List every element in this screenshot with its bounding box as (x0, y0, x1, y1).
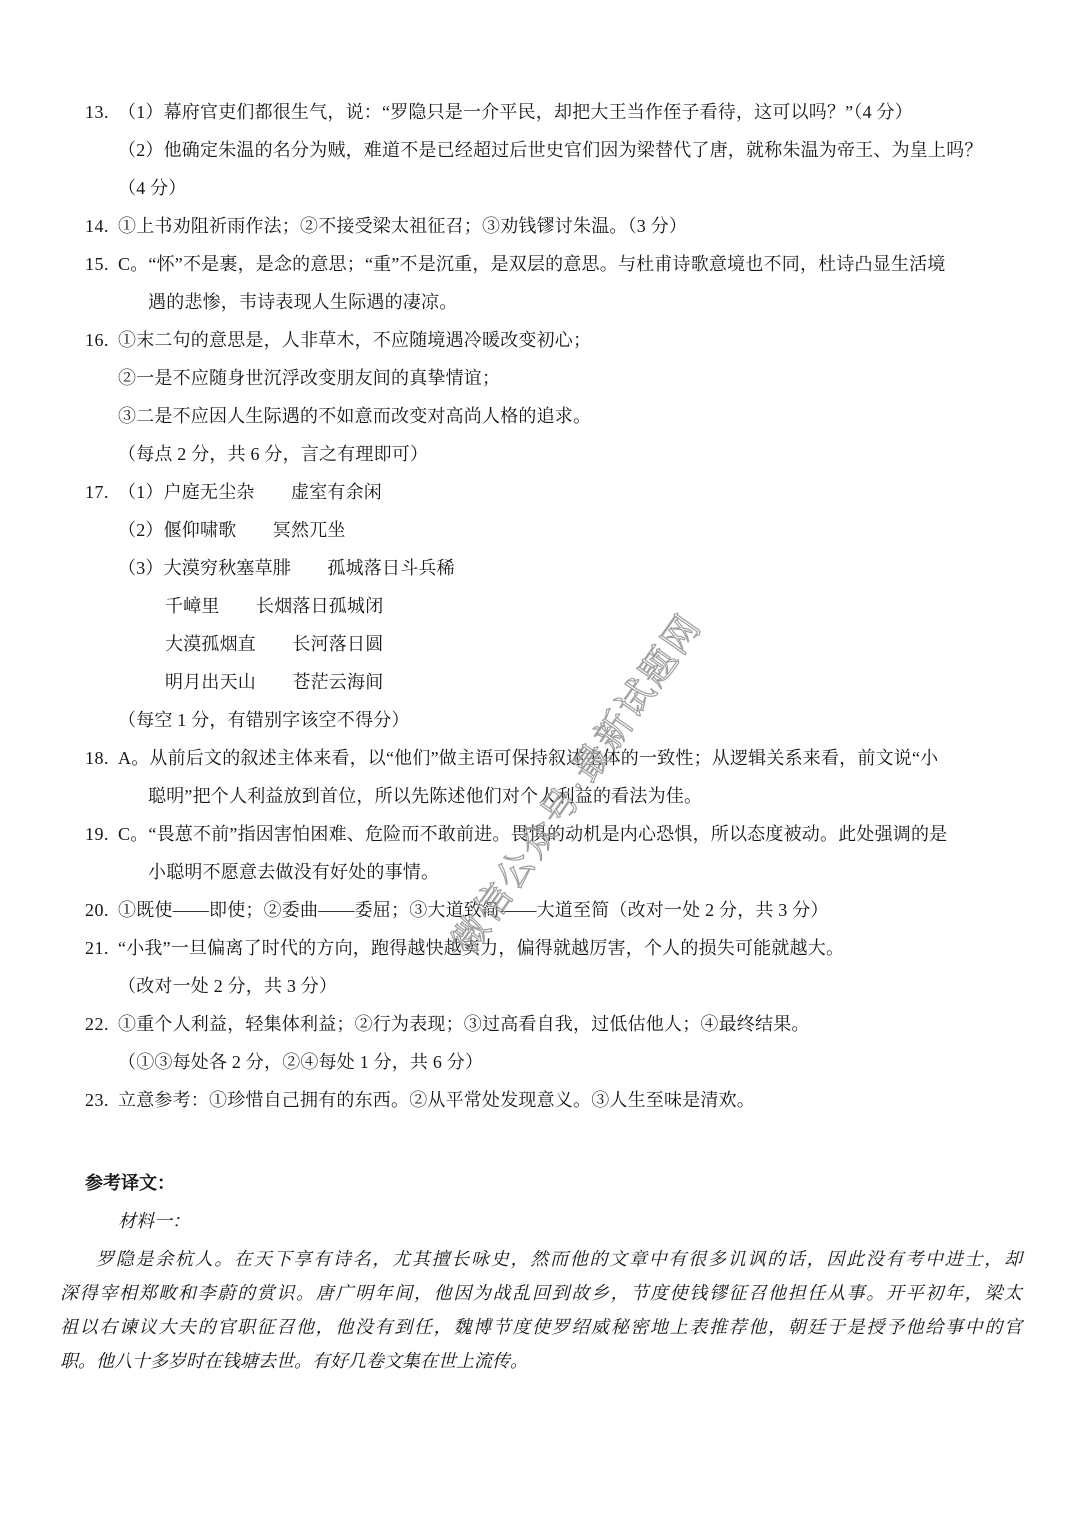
answer-line: A。从前后文的叙述主体来看，以“他们”做主语可保持叙述主体的一致性；从逻辑关系来… (118, 739, 1025, 777)
answer-line: （2）他确定朱温的名分为贼，难道不是已经超过后世史官们因为梁替代了唐，就称朱温为… (118, 131, 1025, 169)
answer-item-18: 18. A。从前后文的叙述主体来看，以“他们”做主语可保持叙述主体的一致性；从逻… (85, 739, 1025, 815)
answer-item-19: 19. C。“畏葸不前”指因害怕困难、危险而不敢前进。畏惧的动机是内心恐惧，所以… (85, 815, 1025, 891)
answer-line: “小我”一旦偏离了时代的方向，跑得越快越卖力，偏得就越厉害，个人的损失可能就越大… (118, 929, 1025, 967)
answer-line: C。“畏葸不前”指因害怕困难、危险而不敢前进。畏惧的动机是内心恐惧，所以态度被动… (118, 815, 1025, 853)
answer-item-17: 17. （1）户庭无尘杂 虚室有余闲 （2）偃仰啸歌 冥然兀坐 （3）大漠穷秋塞… (85, 473, 1025, 739)
answer-item-23: 23. 立意参考：①珍惜自己拥有的东西。②从平常处发现意义。③人生至味是清欢。 (85, 1081, 1025, 1119)
answer-line: ①既使——即使；②委曲——委屈；③大道致简——大道至简（改对一处 2 分，共 3… (118, 891, 1025, 929)
answer-body: （1）幕府官吏们都很生气，说：“罗隐只是一介平民，却把大王当作侄子看待，这可以吗… (118, 93, 1025, 207)
answer-line: （2）偃仰啸歌 冥然兀坐 (118, 511, 1025, 549)
answer-number: 16. (85, 321, 118, 359)
answer-body: （1）户庭无尘杂 虚室有余闲 （2）偃仰啸歌 冥然兀坐 （3）大漠穷秋塞草腓 孤… (118, 473, 1025, 739)
answer-body: ①重个人利益，轻集体利益；②行为表现；③过高看自我，过低估他人；④最终结果。 （… (118, 1005, 1025, 1081)
answer-line: ②一是不应随身世沉浮改变朋友间的真挚情谊； (118, 359, 1025, 397)
exam-answer-page: 微信公众号·最新试题网 13. （1）幕府官吏们都很生气，说：“罗隐只是一介平民… (0, 0, 1080, 1527)
answer-item-16: 16. ①末二句的意思是，人非草木，不应随境遇冷暖改变初心； ②一是不应随身世沉… (85, 321, 1025, 473)
answer-line: （4 分） (118, 169, 1025, 207)
answer-line: 千嶂里 长烟落日孤城闭 (118, 587, 1025, 625)
answer-number: 15. (85, 245, 118, 283)
answer-item-14: 14. ①上书劝阻祈雨作法；②不接受梁太祖征召；③劝钱镠讨朱温。（3 分） (85, 207, 1025, 245)
answer-line: 明月出天山 苍茫云海间 (118, 663, 1025, 701)
answer-line: （每点 2 分，共 6 分，言之有理即可） (118, 435, 1025, 473)
answer-line: 聪明”把个人利益放到首位，所以先陈述他们对个人利益的看法为佳。 (118, 777, 1025, 815)
answer-number: 21. (85, 929, 118, 967)
answer-line: （1）户庭无尘杂 虚室有余闲 (118, 473, 1025, 511)
answer-body: 立意参考：①珍惜自己拥有的东西。②从平常处发现意义。③人生至味是清欢。 (118, 1081, 1025, 1119)
answer-item-20: 20. ①既使——即使；②委曲——委屈；③大道致简——大道至简（改对一处 2 分… (85, 891, 1025, 929)
answer-item-15: 15. C。“怀”不是裹，是念的意思；“重”不是沉重，是双层的意思。与杜甫诗歌意… (85, 245, 1025, 321)
answer-number: 19. (85, 815, 118, 853)
answer-line: （1）幕府官吏们都很生气，说：“罗隐只是一介平民，却把大王当作侄子看待，这可以吗… (118, 93, 1025, 131)
answer-item-22: 22. ①重个人利益，轻集体利益；②行为表现；③过高看自我，过低估他人；④最终结… (85, 1005, 1025, 1081)
answer-line: 大漠孤烟直 长河落日圆 (118, 625, 1025, 663)
answer-number: 23. (85, 1081, 118, 1119)
answer-line: （每空 1 分，有错别字该空不得分） (118, 701, 1025, 739)
answer-body: C。“怀”不是裹，是念的意思；“重”不是沉重，是双层的意思。与杜甫诗歌意境也不同… (118, 245, 1025, 321)
reference-translation-heading: 参考译文： (85, 1164, 1025, 1202)
answer-line: （改对一处 2 分，共 3 分） (118, 967, 1025, 1005)
translation-line: 罗隐是余杭人。在天下享有诗名，尤其擅长咏史，然而他的文章中有很多讥讽的话，因此没… (60, 1242, 1022, 1276)
answer-body: A。从前后文的叙述主体来看，以“他们”做主语可保持叙述主体的一致性；从逻辑关系来… (118, 739, 1025, 815)
answer-number: 22. (85, 1005, 118, 1043)
material-one-label: 材料一： (118, 1202, 1025, 1240)
answer-number: 18. (85, 739, 118, 777)
answer-line: （3）大漠穷秋塞草腓 孤城落日斗兵稀 (118, 549, 1025, 587)
answer-line: ①上书劝阻祈雨作法；②不接受梁太祖征召；③劝钱镠讨朱温。（3 分） (118, 207, 1025, 245)
translation-line: 深得宰相郑畋和李蔚的赏识。唐广明年间，他因为战乱回到故乡，节度使钱镠征召他担任从… (60, 1276, 1022, 1310)
answer-line: C。“怀”不是裹，是念的意思；“重”不是沉重，是双层的意思。与杜甫诗歌意境也不同… (118, 245, 1025, 283)
answer-body: ①末二句的意思是，人非草木，不应随境遇冷暖改变初心； ②一是不应随身世沉浮改变朋… (118, 321, 1025, 473)
answer-line: ①重个人利益，轻集体利益；②行为表现；③过高看自我，过低估他人；④最终结果。 (118, 1005, 1025, 1043)
answer-line: （①③每处各 2 分，②④每处 1 分，共 6 分） (118, 1043, 1025, 1081)
answer-number: 20. (85, 891, 118, 929)
translation-paragraph: 罗隐是余杭人。在天下享有诗名，尤其擅长咏史，然而他的文章中有很多讥讽的话，因此没… (60, 1242, 1022, 1378)
answer-line: ③二是不应因人生际遇的不如意而改变对高尚人格的追求。 (118, 397, 1025, 435)
answer-body: “小我”一旦偏离了时代的方向，跑得越快越卖力，偏得就越厉害，个人的损失可能就越大… (118, 929, 1025, 1005)
answer-number: 14. (85, 207, 118, 245)
answer-line: ①末二句的意思是，人非草木，不应随境遇冷暖改变初心； (118, 321, 1025, 359)
answer-body: ①上书劝阻祈雨作法；②不接受梁太祖征召；③劝钱镠讨朱温。（3 分） (118, 207, 1025, 245)
answer-item-21: 21. “小我”一旦偏离了时代的方向，跑得越快越卖力，偏得就越厉害，个人的损失可… (85, 929, 1025, 1005)
translation-line: 职。他八十多岁时在钱塘去世。有好几卷文集在世上流传。 (60, 1344, 1022, 1378)
answer-line: 遇的悲惨，韦诗表现人生际遇的凄凉。 (118, 283, 1025, 321)
answer-number: 17. (85, 473, 118, 511)
answer-line: 小聪明不愿意去做没有好处的事情。 (118, 853, 1025, 891)
answer-number: 13. (85, 93, 118, 131)
answer-line: 立意参考：①珍惜自己拥有的东西。②从平常处发现意义。③人生至味是清欢。 (118, 1081, 1025, 1119)
answer-item-13: 13. （1）幕府官吏们都很生气，说：“罗隐只是一介平民，却把大王当作侄子看待，… (85, 93, 1025, 207)
translation-line: 祖以右谏议大夫的官职征召他，他没有到任，魏博节度使罗绍威秘密地上表推荐他，朝廷于… (60, 1310, 1022, 1344)
answer-body: C。“畏葸不前”指因害怕困难、危险而不敢前进。畏惧的动机是内心恐惧，所以态度被动… (118, 815, 1025, 891)
answer-sheet-content: 13. （1）幕府官吏们都很生气，说：“罗隐只是一介平民，却把大王当作侄子看待，… (85, 93, 1025, 1378)
answer-body: ①既使——即使；②委曲——委屈；③大道致简——大道至简（改对一处 2 分，共 3… (118, 891, 1025, 929)
